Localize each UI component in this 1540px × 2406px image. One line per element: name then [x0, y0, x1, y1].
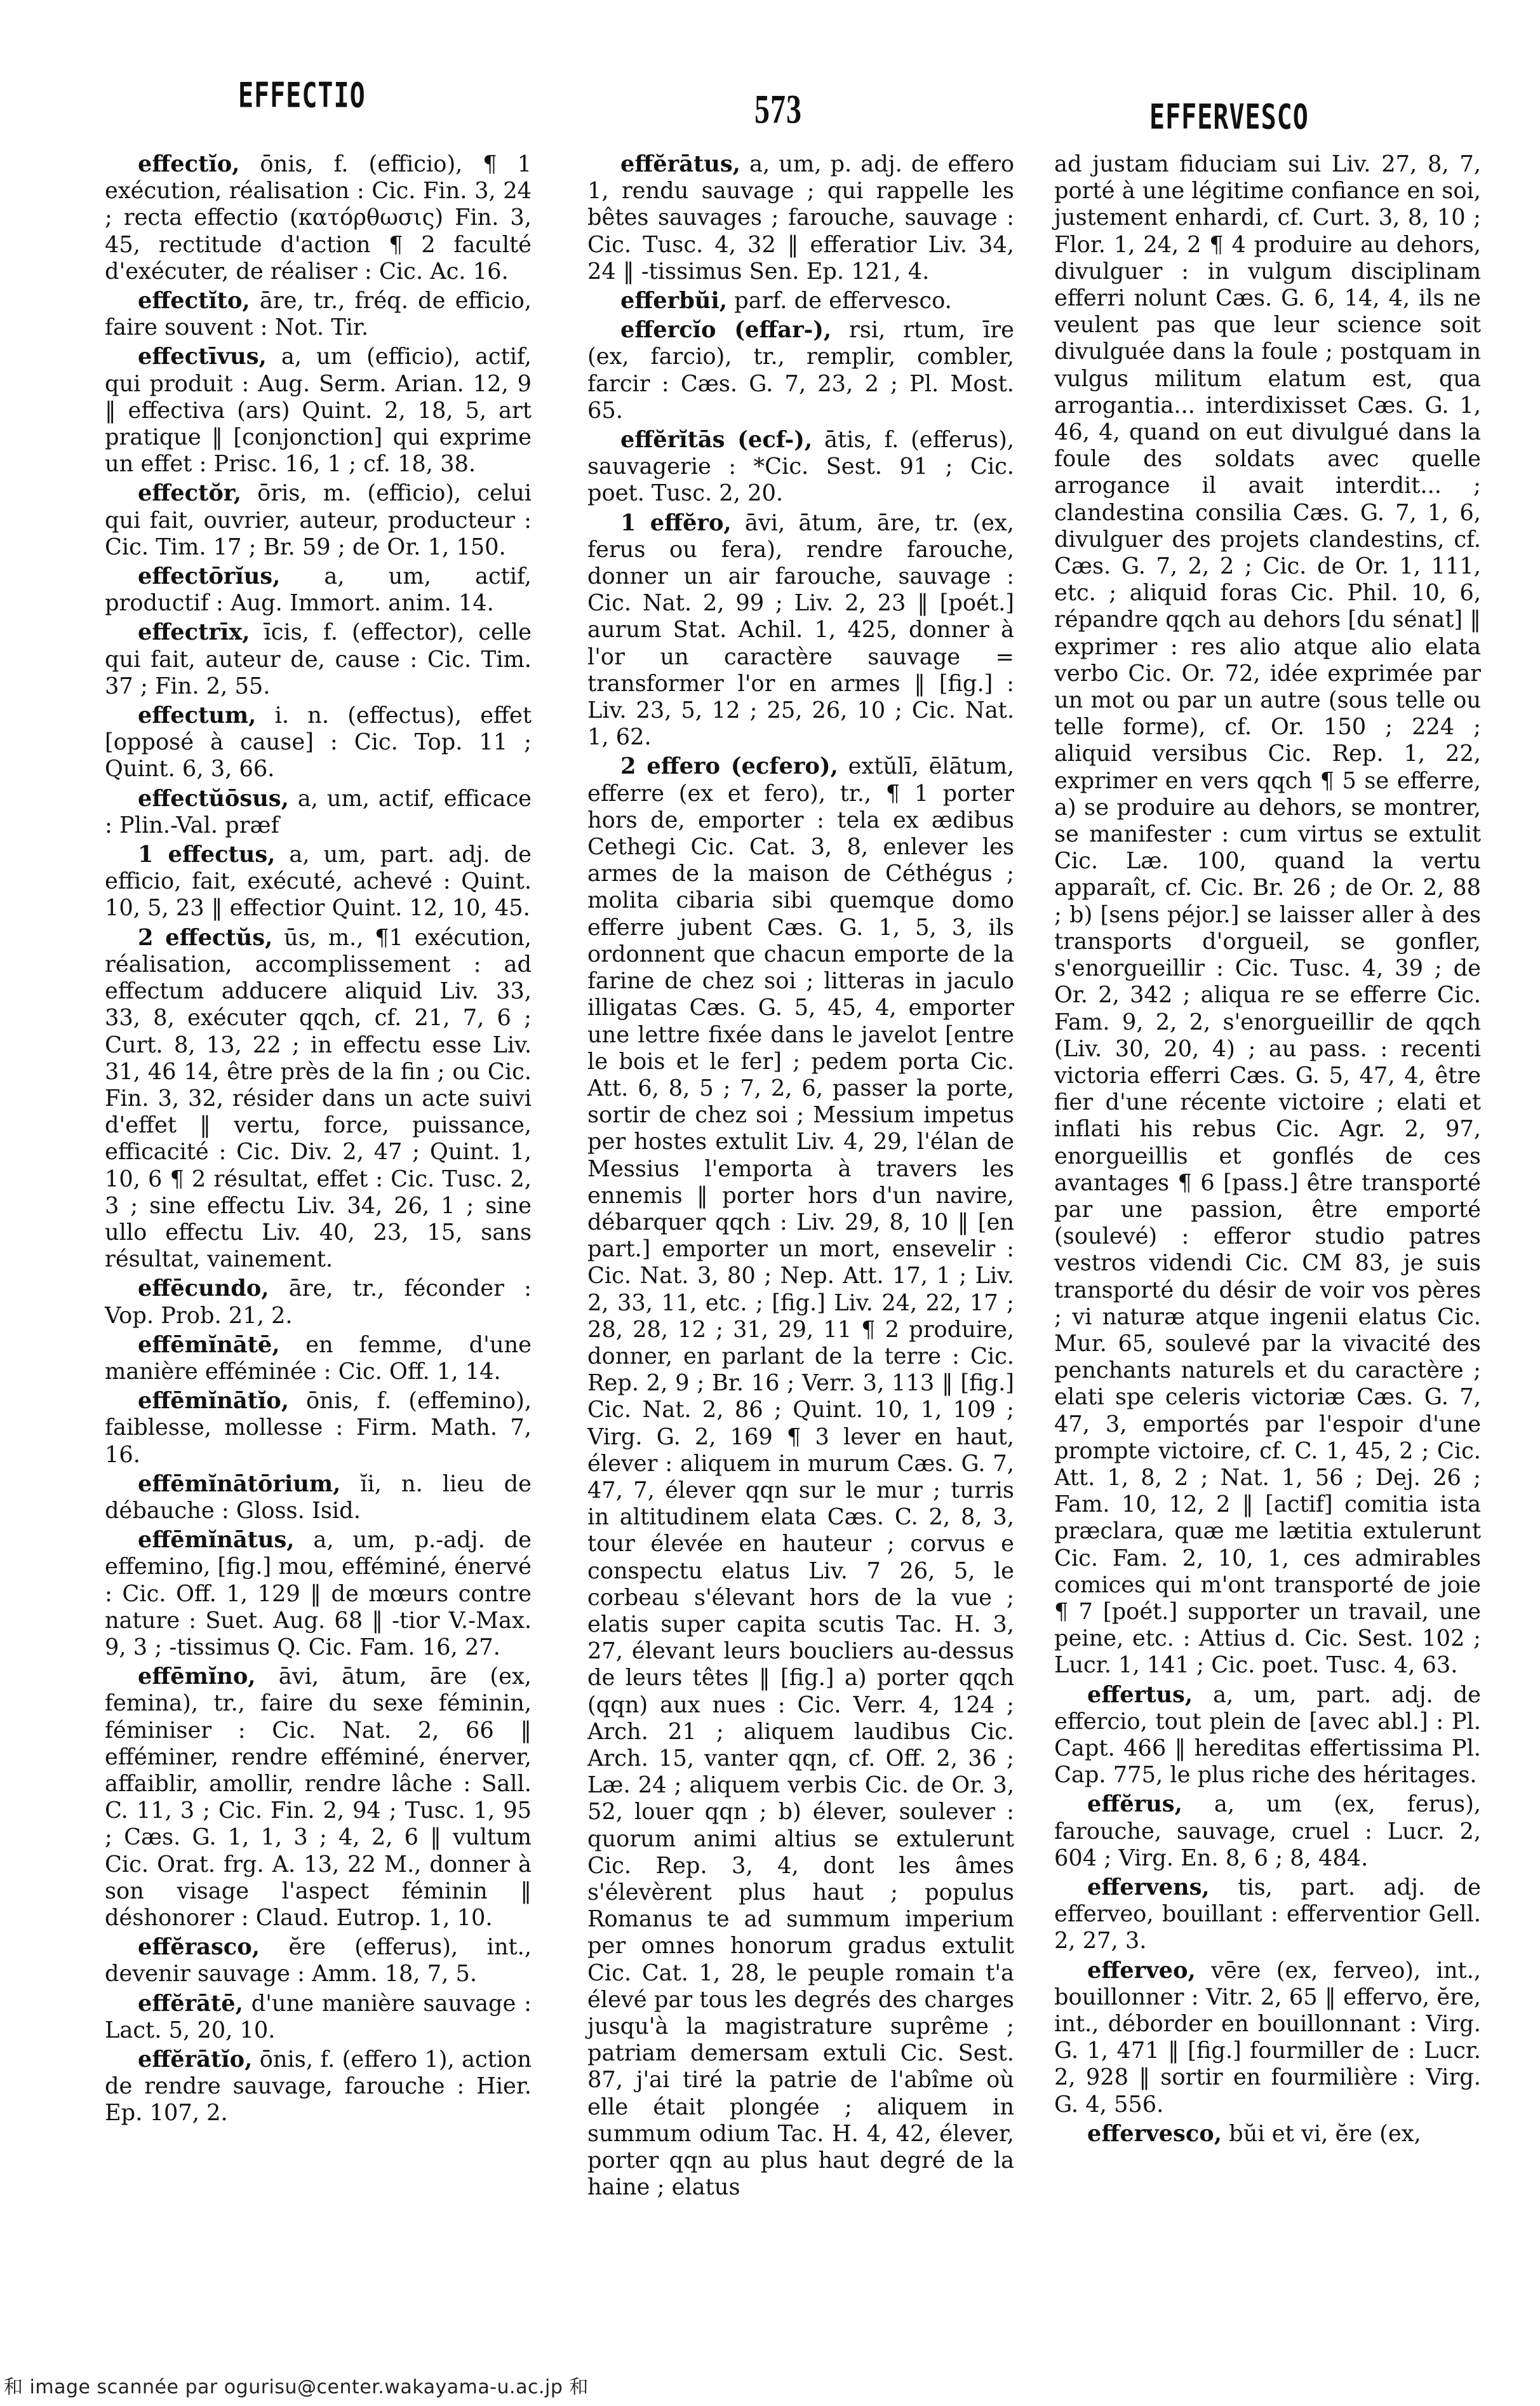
dictionary-entry: effēmĭnātē, en femme, d'une manière effé…	[105, 1332, 532, 1385]
dictionary-entry: effectum, i. n. (effectus), effet [oppos…	[105, 702, 532, 783]
entry-headword: effectĭto,	[138, 288, 250, 314]
entry-headword: effĕrātĭo,	[138, 2046, 252, 2073]
dictionary-entry: 2 effero (ecfero), extŭlī, ēlātum, effer…	[587, 753, 1014, 2201]
entry-headword: effēmĭnātĭo,	[138, 1388, 289, 1414]
entry-definition: āvi, ātum, āre, tr. (ex, ferus ou fera),…	[587, 510, 1014, 751]
entry-headword: effectum,	[138, 702, 256, 729]
entry-headword: 1 effĕro,	[620, 510, 732, 536]
entry-headword: effectōrĭus,	[138, 563, 280, 589]
entry-definition: parf. de effervesco.	[727, 288, 952, 314]
dictionary-entry: effercĭo (effar-), rsi, rtum, īre (ex, f…	[587, 317, 1014, 424]
entry-headword: effectīvus,	[138, 344, 267, 370]
page-number: 573	[754, 86, 802, 133]
dictionary-entry: effervesco, bŭi et vi, ĕre (ex,	[1054, 2121, 1481, 2147]
dictionary-entry: effertus, a, um, part. adj. de effercio,…	[1054, 1682, 1481, 1789]
entry-headword: effēcundo,	[138, 1275, 269, 1301]
entry-headword: effectŭōsus,	[138, 786, 289, 812]
dictionary-entry: effectĭto, āre, tr., fréq. de efficio, f…	[105, 288, 532, 341]
dictionary-entry: 1 effectus, a, um, part. adj. de efficio…	[105, 842, 532, 922]
dictionary-entry: effectŏr, ōris, m. (efficio), celui qui …	[105, 480, 532, 561]
dictionary-entry: effectrīx, īcis, f. (effector), celle qu…	[105, 619, 532, 700]
dictionary-entry: effĕrus, a, um (ex, ferus), farouche, sa…	[1054, 1791, 1481, 1872]
dictionary-entry: effēmĭno, āvi, ātum, āre (ex, femina), t…	[105, 1663, 532, 1932]
dictionary-entry: 1 effĕro, āvi, ātum, āre, tr. (ex, ferus…	[587, 510, 1014, 751]
entry-headword: effertus,	[1087, 1682, 1193, 1708]
entry-headword: effectĭo,	[138, 151, 239, 177]
entry-headword: 1 effectus,	[138, 842, 275, 868]
entry-headword: effĕrātus,	[620, 151, 740, 177]
entry-definition: extŭlī, ēlātum, efferre (ex et fero), tr…	[587, 753, 1014, 2200]
entry-headword: effĕrus,	[1087, 1791, 1182, 1817]
dictionary-entry: effĕrātĭo, ōnis, f. (effero 1), action d…	[105, 2046, 532, 2127]
entry-definition: ad justam fiduciam sui Liv. 27, 8, 7, po…	[1054, 151, 1481, 1678]
entry-headword: effercĭo (effar-),	[620, 317, 831, 343]
dictionary-column-2: effĕrātus, a, um, p. adj. de effero 1, r…	[587, 151, 1014, 2203]
dictionary-entry: effēmĭnātus, a, um, p.-adj. de effemino,…	[105, 1527, 532, 1661]
entry-headword: effectrīx,	[138, 619, 250, 645]
dictionary-entry: effĕrātē, d'une manière sauvage : Lact. …	[105, 1991, 532, 2044]
entry-headword: effēmĭno,	[138, 1663, 256, 1690]
scan-credit-footer: 和 image scannée par ogurisu@center.wakay…	[4, 2371, 589, 2399]
dictionary-entry: effēcundo, āre, tr., féconder : Vop. Pro…	[105, 1275, 532, 1329]
entry-definition: bŭi et vi, ĕre (ex,	[1222, 2121, 1421, 2147]
entry-headword: effĕrātē,	[138, 1991, 243, 2017]
entry-headword: effervesco,	[1087, 2121, 1222, 2147]
running-head-right: EFFERVESCO	[1149, 98, 1309, 137]
entry-definition: ūs, m., ¶1 exécution, réalisation, accom…	[105, 925, 532, 1272]
dictionary-column-3: ad justam fiduciam sui Liv. 27, 8, 7, po…	[1054, 151, 1481, 2150]
entry-definition: āvi, ātum, āre (ex, femina), tr., faire …	[105, 1663, 532, 1931]
dictionary-entry: efferveo, vēre (ex, ferveo), int., bouil…	[1054, 1958, 1481, 2118]
dictionary-column-1: effectĭo, ōnis, f. (efficio), ¶ 1 exécut…	[105, 151, 532, 2130]
entry-headword: 2 effectŭs,	[138, 925, 272, 951]
dictionary-entry: effēmĭnātĭo, ōnis, f. (effemino), faible…	[105, 1388, 532, 1468]
dictionary-entry: ad justam fiduciam sui Liv. 27, 8, 7, po…	[1054, 151, 1481, 1679]
entry-headword: effectŏr,	[138, 480, 241, 506]
dictionary-entry: effectōrĭus, a, um, actif, productif : A…	[105, 563, 532, 617]
dictionary-entry: effēmĭnātōrium, ĭi, n. lieu de débauche …	[105, 1471, 532, 1524]
dictionary-entry: efferbŭi, parf. de effervesco.	[587, 288, 1014, 314]
dictionary-entry: effĕrātus, a, um, p. adj. de effero 1, r…	[587, 151, 1014, 285]
running-head-left: EFFECTIO	[238, 76, 366, 116]
dictionary-entry: effectīvus, a, um (efficio), actif, qui …	[105, 344, 532, 478]
entry-headword: effēmĭnātē,	[138, 1332, 280, 1358]
dictionary-entry: effervens, tis, part. adj. de efferveo, …	[1054, 1874, 1481, 1955]
entry-headword: efferbŭi,	[620, 288, 727, 314]
dictionary-entry: effectĭo, ōnis, f. (efficio), ¶ 1 exécut…	[105, 151, 532, 285]
dictionary-entry: effĕrĭtās (ecf-), ātis, f. (efferus), sa…	[587, 427, 1014, 507]
dictionary-entry: effectŭōsus, a, um, actif, efficace : Pl…	[105, 786, 532, 839]
entry-headword: effēmĭnātōrium,	[138, 1471, 340, 1497]
entry-headword: 2 effero (ecfero),	[620, 753, 838, 779]
entry-headword: efferveo,	[1087, 1958, 1196, 1984]
dictionary-entry: effĕrasco, ĕre (efferus), int., devenir …	[105, 1934, 532, 1987]
entry-headword: effervens,	[1087, 1874, 1210, 1900]
entry-headword: effēmĭnātus,	[138, 1527, 295, 1553]
entry-headword: effĕrĭtās (ecf-),	[620, 427, 812, 453]
entry-headword: effĕrasco,	[138, 1934, 260, 1960]
dictionary-entry: 2 effectŭs, ūs, m., ¶1 exécution, réalis…	[105, 925, 532, 1274]
